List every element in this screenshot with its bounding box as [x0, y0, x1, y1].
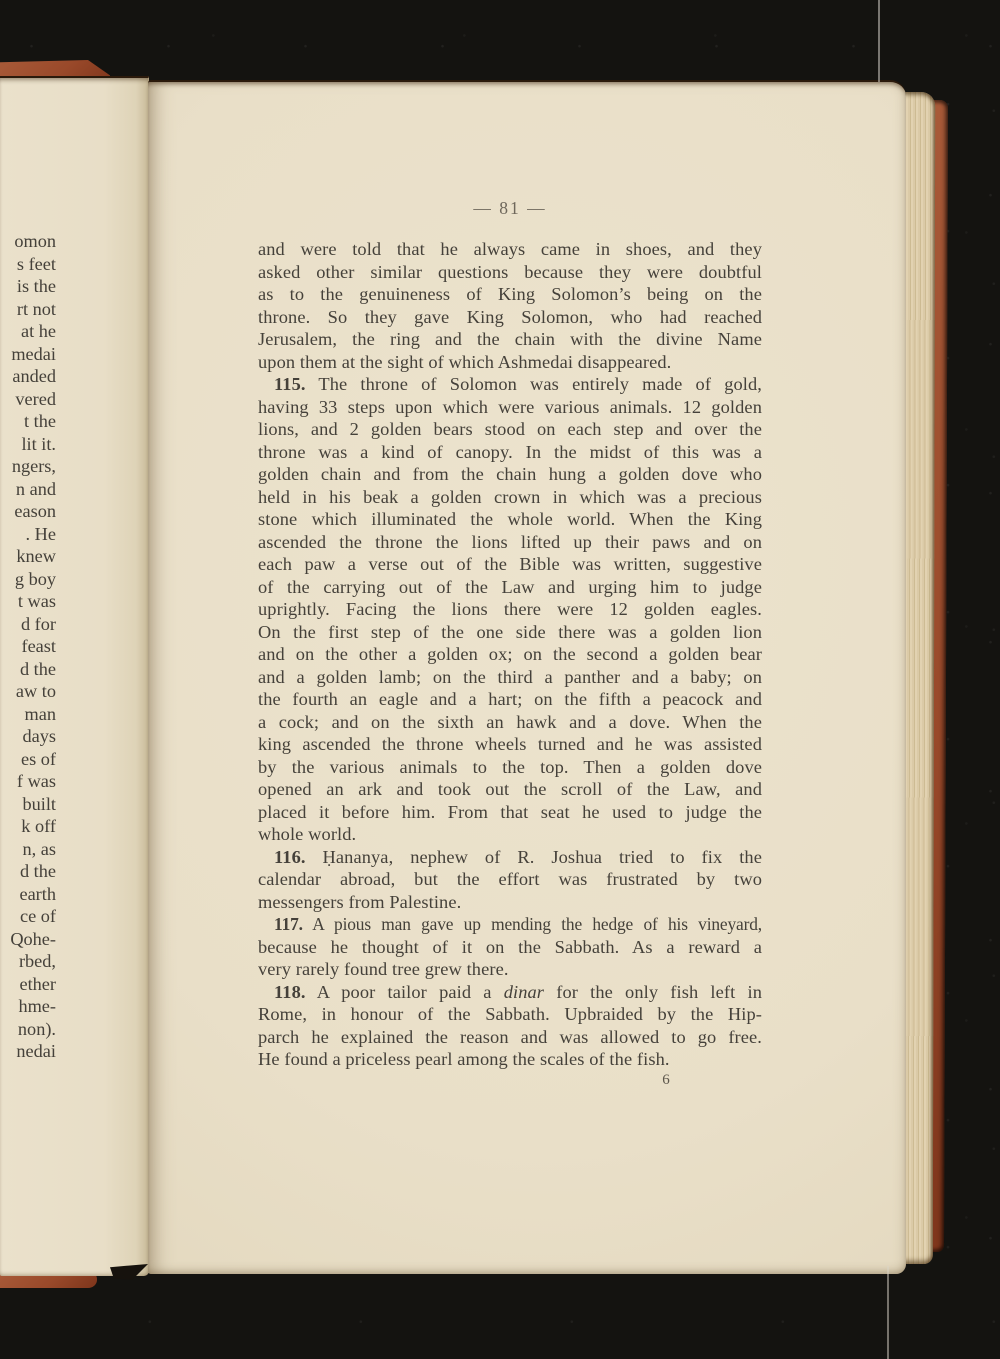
text-fragment-line: g boy — [0, 568, 56, 591]
text-line: He found a priceless pearl among the sca… — [258, 1048, 762, 1071]
left-page: omons feetis thert notat hemedaiandedver… — [0, 76, 149, 1276]
scan-artifact-line-bottom — [887, 1266, 889, 1359]
text-line: 118. A poor tailor paid a dinar for the … — [258, 981, 762, 1004]
text-line: golden chain and from the chain hung a g… — [258, 463, 762, 486]
right-page: — 81 — and were told that he always came… — [148, 80, 906, 1274]
text-line: of the carrying out of the Law and urgin… — [258, 576, 762, 599]
text-line: and were told that he always came in sho… — [258, 238, 762, 261]
text-line: On the first step of the one side there … — [258, 621, 762, 644]
text-line: the fourth an eagle and a hart; on the f… — [258, 688, 762, 711]
text-line: placed it before him. From that seat he … — [258, 801, 762, 824]
text-fragment-line: at he — [0, 320, 56, 343]
text-fragment-line: aw to — [0, 680, 56, 703]
text-fragment-line: nedai — [0, 1040, 56, 1063]
text-line: calendar abroad, but the effort was frus… — [258, 868, 762, 891]
text-line: opened an ark and took out the scroll of… — [258, 778, 762, 801]
text-fragment-line: eason — [0, 500, 56, 523]
text-fragment-line: hme- — [0, 995, 56, 1018]
text-line: Rome, in honour of the Sabbath. Upbraide… — [258, 1003, 762, 1026]
text-fragment-line: s feet — [0, 253, 56, 276]
text-line: 117. A pious man gave up mending the hed… — [258, 913, 762, 936]
text-fragment-line: feast — [0, 635, 56, 658]
text-line: Jerusalem, the ring and the chain with t… — [258, 328, 762, 351]
text-line: ascended the throne the lions lifted up … — [258, 531, 762, 554]
text-fragment-line: medai — [0, 343, 56, 366]
text-line: very rarely found tree grew there. — [258, 958, 762, 981]
text-line: and a golden lamb; on the third a panthe… — [258, 666, 762, 689]
text-fragment-line: rt not — [0, 298, 56, 321]
text-fragment-line: omon — [0, 230, 56, 253]
text-line: 116. Ḥananya, nephew of R. Joshua tried … — [258, 846, 762, 869]
text-fragment-line: rbed, — [0, 950, 56, 973]
text-fragment-line: is the — [0, 275, 56, 298]
signature-mark: 6 — [646, 1072, 686, 1089]
text-fragment-line: vered — [0, 388, 56, 411]
text-line: a cock; and on the sixth an hawk and a d… — [258, 711, 762, 734]
text-fragment-line: anded — [0, 365, 56, 388]
text-fragment-line: t was — [0, 590, 56, 613]
left-page-text-fragments: omons feetis thert notat hemedaiandedver… — [0, 230, 56, 1063]
text-line: because he thought of it on the Sabbath.… — [258, 936, 762, 959]
text-fragment-line: ether — [0, 973, 56, 996]
text-fragment-line: n, as — [0, 838, 56, 861]
text-fragment-line: ngers, — [0, 455, 56, 478]
text-line: having 33 steps upon which were various … — [258, 396, 762, 419]
text-line: throne. So they gave King Solomon, who h… — [258, 306, 762, 329]
text-fragment-line: earth — [0, 883, 56, 906]
book-scan-photo: omons feetis thert notat hemedaiandedver… — [0, 0, 1000, 1359]
text-fragment-line: non). — [0, 1018, 56, 1041]
text-fragment-line: days — [0, 725, 56, 748]
text-fragment-line: knew — [0, 545, 56, 568]
scan-artifact-line-top — [878, 0, 880, 82]
text-line: by the various animals to the top. Then … — [258, 756, 762, 779]
text-line: throne was a kind of canopy. In the mids… — [258, 441, 762, 464]
text-fragment-line: d the — [0, 658, 56, 681]
text-line: king ascended the throne wheels turned a… — [258, 733, 762, 756]
text-line: whole world. — [258, 823, 762, 846]
text-line: held in his beak a golden crown in which… — [258, 486, 762, 509]
page-number-header: — 81 — — [258, 198, 762, 219]
text-line: upon them at the sight of which Ashmedai… — [258, 351, 762, 374]
text-fragment-line: ce of — [0, 905, 56, 928]
text-fragment-line: es of — [0, 748, 56, 771]
text-line: 115. The throne of Solomon was entirely … — [258, 373, 762, 396]
text-fragment-line: Qohe- — [0, 928, 56, 951]
text-fragment-line: f was — [0, 770, 56, 793]
text-line: as to the genuineness of King Solomon’s … — [258, 283, 762, 306]
text-fragment-line: k off — [0, 815, 56, 838]
text-line: asked other similar questions because th… — [258, 261, 762, 284]
text-line: uprightly. Facing the lions there were 1… — [258, 598, 762, 621]
text-fragment-line: d the — [0, 860, 56, 883]
text-line: each paw a verse out of the Bible was wr… — [258, 553, 762, 576]
text-line: stone which illuminated the whole world.… — [258, 508, 762, 531]
body-text: and were told that he always came in sho… — [258, 238, 762, 1071]
text-fragment-line: lit it. — [0, 433, 56, 456]
text-line: and on the other a golden ox; on the sec… — [258, 643, 762, 666]
text-fragment-line: man — [0, 703, 56, 726]
text-fragment-line: built — [0, 793, 56, 816]
text-line: messengers from Palestine. — [258, 891, 762, 914]
text-fragment-line: t the — [0, 410, 56, 433]
text-line: parch he explained the reason and was al… — [258, 1026, 762, 1049]
text-line: lions, and 2 golden bears stood on each … — [258, 418, 762, 441]
text-fragment-line: n and — [0, 478, 56, 501]
text-fragment-line: d for — [0, 613, 56, 636]
text-fragment-line: . He — [0, 523, 56, 546]
